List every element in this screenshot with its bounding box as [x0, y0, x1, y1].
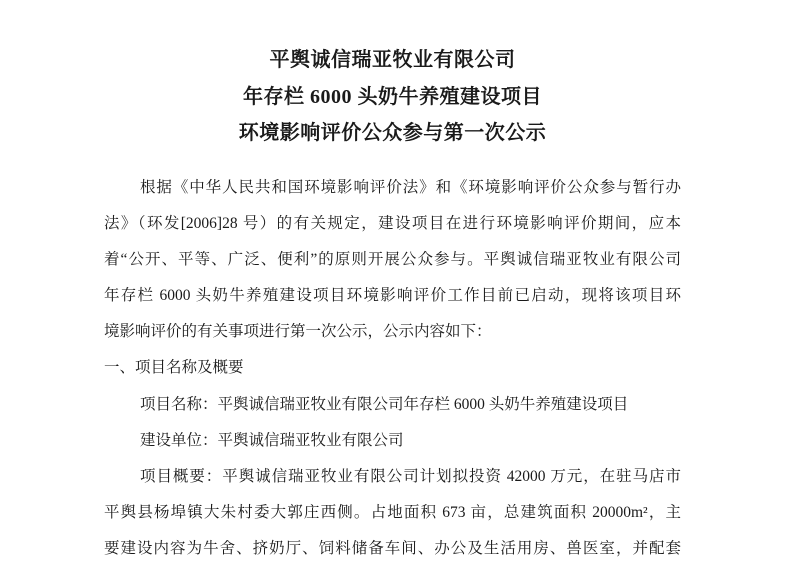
- body-line-2: 法》（环发[2006]28 号）的有关规定，建设项目在进行环境影响评价期间，应本: [104, 206, 681, 242]
- body-line-project-name: 项目名称：平舆诚信瑞亚牧业有限公司年存栏 6000 头奶牛养殖建设项目: [104, 387, 681, 423]
- body-line-project-summary-1: 项目概要：平舆诚信瑞亚牧业有限公司计划拟投资 42000 万元，在驻马店市: [104, 459, 681, 495]
- body-line-3: 着“公开、平等、广泛、便利”的原则开展公众参与。平舆诚信瑞亚牧业有限公司: [104, 242, 681, 278]
- title-line-announcement: 环境影响评价公众参与第一次公示: [104, 115, 681, 152]
- document-content: 平舆诚信瑞亚牧业有限公司 年存栏 6000 头奶牛养殖建设项目 环境影响评价公众…: [0, 0, 800, 561]
- title-line-company: 平舆诚信瑞亚牧业有限公司: [104, 42, 681, 79]
- document-body: 根据《中华人民共和国环境影响评价法》和《环境影响评价公众参与暂行办 法》（环发[…: [104, 170, 681, 561]
- document-title-block: 平舆诚信瑞亚牧业有限公司 年存栏 6000 头奶牛养殖建设项目 环境影响评价公众…: [104, 0, 681, 152]
- document-page: 平舆诚信瑞亚牧业有限公司 年存栏 6000 头奶牛养殖建设项目 环境影响评价公众…: [0, 0, 800, 561]
- body-line-4: 年存栏 6000 头奶牛养殖建设项目环境影响评价工作目前已启动，现将该项目环: [104, 278, 681, 314]
- body-line-construction-unit: 建设单位：平舆诚信瑞亚牧业有限公司: [104, 423, 681, 459]
- body-line-project-summary-2: 平舆县杨埠镇大朱村委大郭庄西侧。占地面积 673 亩，总建筑面积 20000m²…: [104, 495, 681, 531]
- body-line-1: 根据《中华人民共和国环境影响评价法》和《环境影响评价公众参与暂行办: [104, 170, 681, 206]
- title-line-project: 年存栏 6000 头奶牛养殖建设项目: [104, 79, 681, 116]
- section-heading-1: 一、项目名称及概要: [104, 350, 681, 386]
- body-line-project-summary-3: 要建设内容为牛舍、挤奶厅、饲料储备车间、办公及生活用房、兽医室，并配套: [104, 531, 681, 561]
- body-line-5: 境影响评价的有关事项进行第一次公示，公示内容如下：: [104, 314, 681, 350]
